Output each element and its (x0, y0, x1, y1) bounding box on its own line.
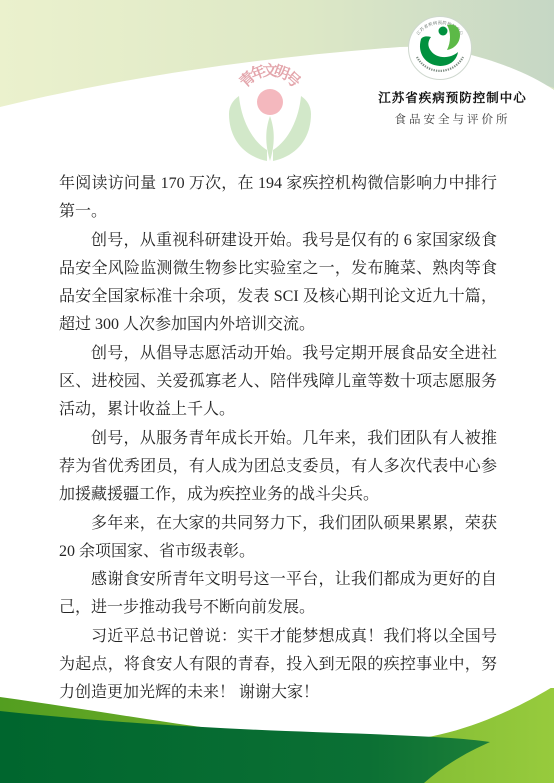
org-subtitle: 食品安全与评价所 (360, 111, 545, 127)
org-caption: 江苏省疾病预防控制中心 食品安全与评价所 (360, 88, 545, 127)
cdc-logo-badge: 江苏省疾病预防控制中心 (405, 13, 475, 83)
paragraph: 创号，从倡导志愿活动开始。我号定期开展食品安全进社区、进校园、关爱孤寡老人、陪伴… (59, 340, 497, 425)
badge-figure-head (439, 27, 448, 36)
badge-circle (409, 17, 472, 80)
paragraph: 创号，从重视科研建设开始。我号是仅有的 6 家国家级食品安全风险监测微生物参比实… (59, 227, 497, 340)
org-name: 江苏省疾病预防控制中心 (360, 88, 545, 106)
footer-dark-swoosh (0, 711, 490, 783)
watermark-stem (266, 116, 274, 161)
watermark-sun-circle (257, 89, 283, 115)
footer-swoosh-art (0, 688, 554, 783)
paragraph: 年阅读访问量 170 万次，在 194 家疾控机构微信影响力中排行第一。 (59, 170, 497, 227)
youth-civilization-logo-watermark: 青 年 文 明 号 (205, 58, 335, 170)
paragraph: 感谢食安所青年文明号这一平台，让我们都成为更好的自己，进一步推动我号不断向前发展… (59, 566, 497, 623)
document-page: 青 年 文 明 号 江苏省疾病预防控制中心 江苏省疾病预防控制中心 食品安全与评… (0, 0, 554, 783)
document-body: 年阅读访问量 170 万次，在 194 家疾控机构微信影响力中排行第一。 创号，… (59, 170, 497, 708)
paragraph: 创号，从服务青年成长开始。几年来，我们团队有人被推荐为省优秀团员，有人成为团总支… (59, 425, 497, 510)
paragraph: 多年来，在大家的共同努力下，我们团队硕果累累，荣获 20 余项国家、省市级表彰。 (59, 510, 497, 567)
